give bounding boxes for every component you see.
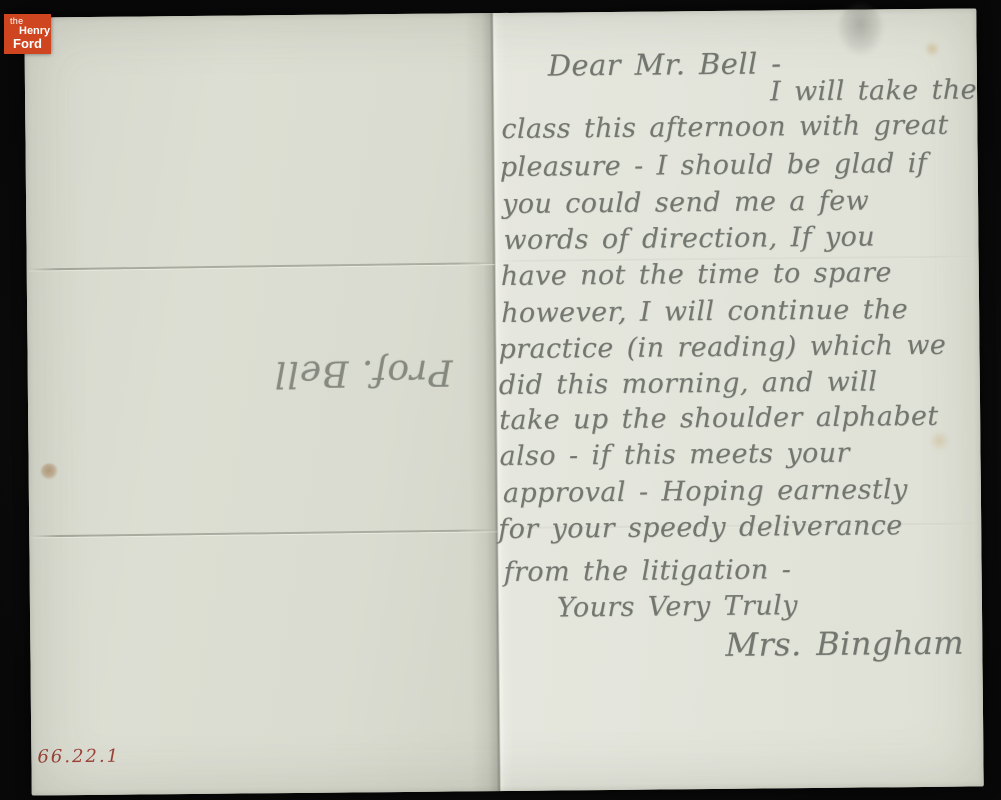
letter-line: for your speedy deliverance — [498, 510, 903, 545]
letter-paper: Prof. Bell Dear Mr. Bell - I will take t… — [24, 8, 983, 795]
letter-line: I will take the — [770, 74, 977, 107]
letter-line: practice (in reading) which we — [498, 330, 946, 365]
letter-line: did this morning, and will — [499, 366, 878, 401]
letter-line: have not the time to spare — [501, 257, 892, 292]
letter-line: take up the shoulder alphabet — [499, 401, 939, 436]
letter-line-signature: Mrs. Bingham — [725, 624, 964, 664]
letter-line-salutation: Dear Mr. Bell - — [548, 46, 782, 82]
catalog-number: 66.22.1 — [37, 746, 120, 768]
letter-line: also - if this meets your — [499, 438, 850, 472]
logo-text-ford: Ford — [13, 37, 42, 50]
letter-line: you could send me a few — [502, 185, 869, 220]
photo-background: Prof. Bell Dear Mr. Bell - I will take t… — [0, 0, 1001, 800]
henry-ford-logo: the Henry Ford — [4, 14, 51, 54]
letter-line: words of direction, If you — [503, 221, 875, 256]
verso-inscription: Prof. Bell — [253, 351, 453, 394]
letter-line: class this afternoon with great — [501, 110, 949, 145]
letter-line: pleasure - I should be glad if — [500, 148, 928, 183]
letter-line: approval - Hoping earnestly — [503, 474, 908, 509]
letter-line-closing: Yours Very Truly — [557, 590, 798, 623]
letter-line: from the litigation - — [503, 554, 791, 588]
letter-line: however, I will continue the — [501, 294, 908, 329]
letter-page-left — [24, 13, 499, 795]
